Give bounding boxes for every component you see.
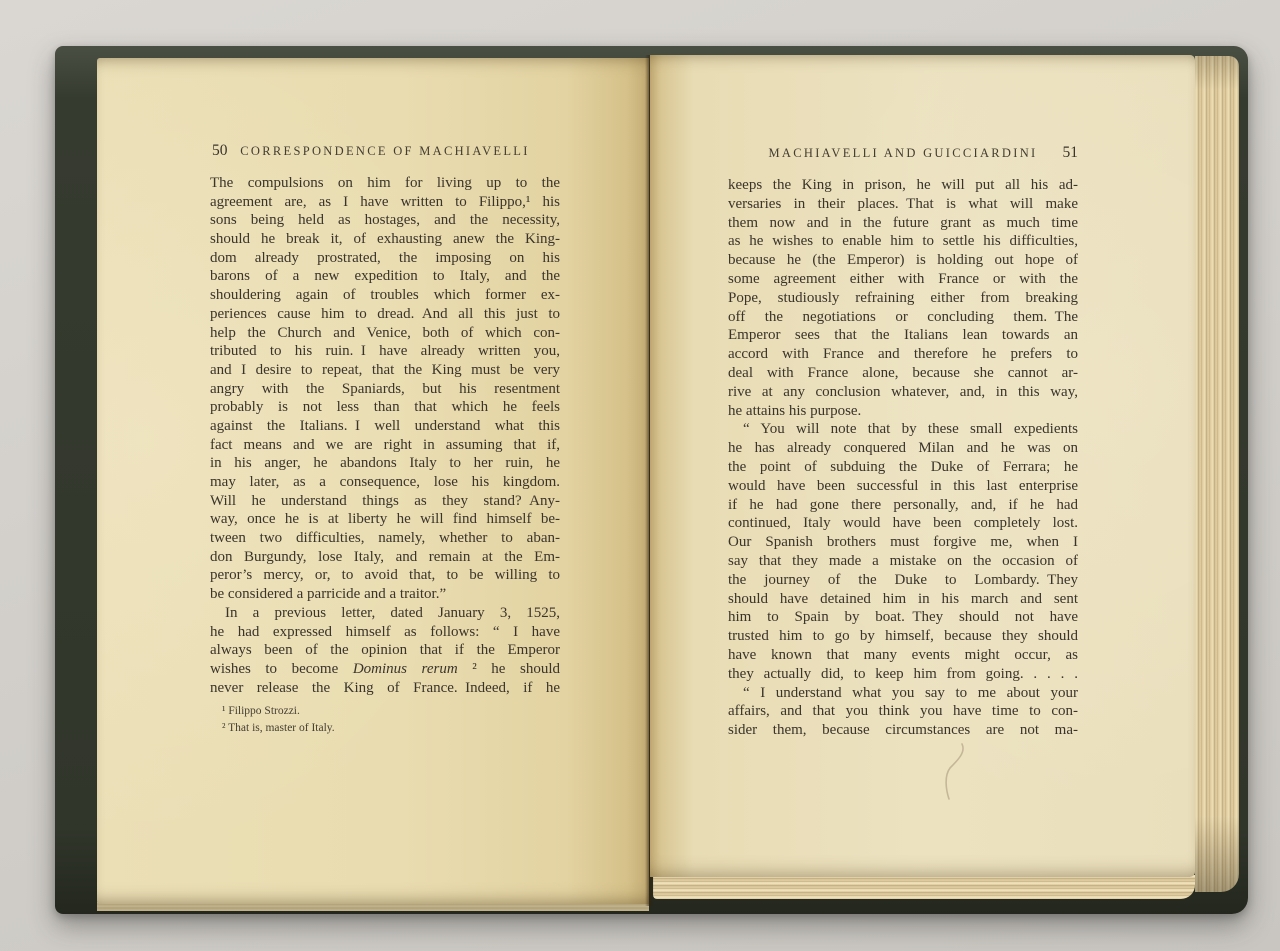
book: 50 CORRESPONDENCE OF MACHIAVELLI The com… <box>55 46 1248 914</box>
page-edge-stack-bottom-right <box>653 875 1195 899</box>
text-line: Will he understand things as they stand?… <box>210 492 560 511</box>
text-line: Our Spanish brothers must forgive me, wh… <box>728 533 1078 552</box>
text-line: ¹ Filippo Strozzi. <box>222 703 562 720</box>
text-line: Pope, studiously refraining either from … <box>728 289 1078 308</box>
page-edge-stack-left <box>69 54 98 906</box>
running-title-right: MACHIAVELLI AND GUICCIARDINI <box>728 146 1078 161</box>
text-line: if he had gone there personally, and, if… <box>728 496 1078 515</box>
text-line: probably is not less than that which he … <box>210 398 560 417</box>
text-line: rive at any conclusion whatever, and, in… <box>728 383 1078 402</box>
text-line: fact means and we are right in assuming … <box>210 436 560 455</box>
text-line: don Burgundy, lose Italy, and remain at … <box>210 548 560 567</box>
text-line: should he break it, of exhausting anew t… <box>210 230 560 249</box>
left-page-body-text: The compulsions on him for living up to … <box>210 174 560 697</box>
text-line: ² That is, master of Italy. <box>222 720 562 737</box>
text-line: shouldering again of troubles which form… <box>210 286 560 305</box>
text-line: tributed to his ruin. I have already wri… <box>210 342 560 361</box>
text-line: tween two difficulties, namely, whether … <box>210 529 560 548</box>
page-number-right: 51 <box>1063 144 1079 162</box>
text-line: affairs, and that you think you have tim… <box>728 702 1078 721</box>
text-line: should have detained him in his march an… <box>728 590 1078 609</box>
text-line: sider them, because circumstances are no… <box>728 721 1078 740</box>
text-line: off the negotiations or concluding them.… <box>728 308 1078 327</box>
text-line: barons of a new expedition to Italy, and… <box>210 267 560 286</box>
text-line: the journey of the Duke to Lombardy. The… <box>728 571 1078 590</box>
text-line: keeps the King in prison, he will put al… <box>728 176 1078 195</box>
text-line: them now and in the future grant as much… <box>728 214 1078 233</box>
text-line: have known that many events might occur,… <box>728 646 1078 665</box>
text-line: wishes to become Dominus rerum ² he shou… <box>210 660 560 679</box>
text-line: he had expressed himself as follows: “ I… <box>210 623 560 642</box>
text-line: deal with France alone, because she cann… <box>728 364 1078 383</box>
page-number-left: 50 <box>212 142 228 160</box>
text-line: would have been successful in this last … <box>728 477 1078 496</box>
left-page-footnotes: ¹ Filippo Strozzi.² That is, master of I… <box>222 703 562 737</box>
text-line: always been of the opinion that if the E… <box>210 641 560 660</box>
right-page: MACHIAVELLI AND GUICCIARDINI 51 keeps th… <box>650 55 1195 877</box>
text-line: they actually did, to keep him from goin… <box>728 665 1078 684</box>
left-page: 50 CORRESPONDENCE OF MACHIAVELLI The com… <box>97 58 649 904</box>
text-line: trusted him to go by himself, because th… <box>728 627 1078 646</box>
text-line: versaries in their places. That is what … <box>728 195 1078 214</box>
text-line: sons being held as hostages, and the nec… <box>210 211 560 230</box>
right-page-body-text: keeps the King in prison, he will put al… <box>728 176 1078 740</box>
text-line: in his anger, he abandons Italy to her r… <box>210 454 560 473</box>
text-line: continued, Italy would have been complet… <box>728 514 1078 533</box>
text-line: “ I understand what you say to me about … <box>728 684 1078 703</box>
text-line: way, once he is at liberty he will find … <box>210 510 560 529</box>
text-line: he attains his purpose. <box>728 402 1078 421</box>
left-page-header: 50 CORRESPONDENCE OF MACHIAVELLI <box>210 144 560 159</box>
text-line: Emperor sees that the Italians lean towa… <box>728 326 1078 345</box>
text-line: The compulsions on him for living up to … <box>210 174 560 193</box>
text-line: he has already conquered Milan and he wa… <box>728 439 1078 458</box>
text-line: against the Italians. I well understand … <box>210 417 560 436</box>
text-line: angry with the Spaniards, but his resent… <box>210 380 560 399</box>
text-line: help the Church and Venice, both of whic… <box>210 324 560 343</box>
pencil-mark <box>935 741 975 803</box>
text-line: and I desire to repeat, that the King mu… <box>210 361 560 380</box>
text-line: may later, as a consequence, lose his ki… <box>210 473 560 492</box>
running-title-left: CORRESPONDENCE OF MACHIAVELLI <box>210 144 560 159</box>
page-edge-stack-right <box>1195 56 1239 892</box>
text-line: some agreement either with France or wit… <box>728 270 1078 289</box>
text-line: peror’s mercy, or, to avoid that, to be … <box>210 566 560 585</box>
text-line: agreement are, as I have written to Fili… <box>210 193 560 212</box>
text-line: “ You will note that by these small expe… <box>728 420 1078 439</box>
text-line: be considered a parricide and a traitor.… <box>210 585 560 604</box>
text-line: In a previous letter, dated January 3, 1… <box>210 604 560 623</box>
photo-background: { "palette": { "background": "#d2cfca", … <box>0 0 1280 951</box>
text-line: dom already prostrated, the imposing on … <box>210 249 560 268</box>
text-line: him to Spain by boat. They should not ha… <box>728 608 1078 627</box>
text-line: accord with France and therefore he pref… <box>728 345 1078 364</box>
right-page-header: MACHIAVELLI AND GUICCIARDINI 51 <box>728 146 1078 161</box>
text-line: periences cause him to dread. And all th… <box>210 305 560 324</box>
text-line: because he (the Emperor) is holding out … <box>728 251 1078 270</box>
text-line: never release the King of France. Indeed… <box>210 679 560 698</box>
text-line: the point of subduing the Duke of Ferrar… <box>728 458 1078 477</box>
text-line: say that they made a mistake on the occa… <box>728 552 1078 571</box>
text-line: as he wishes to enable him to settle his… <box>728 232 1078 251</box>
